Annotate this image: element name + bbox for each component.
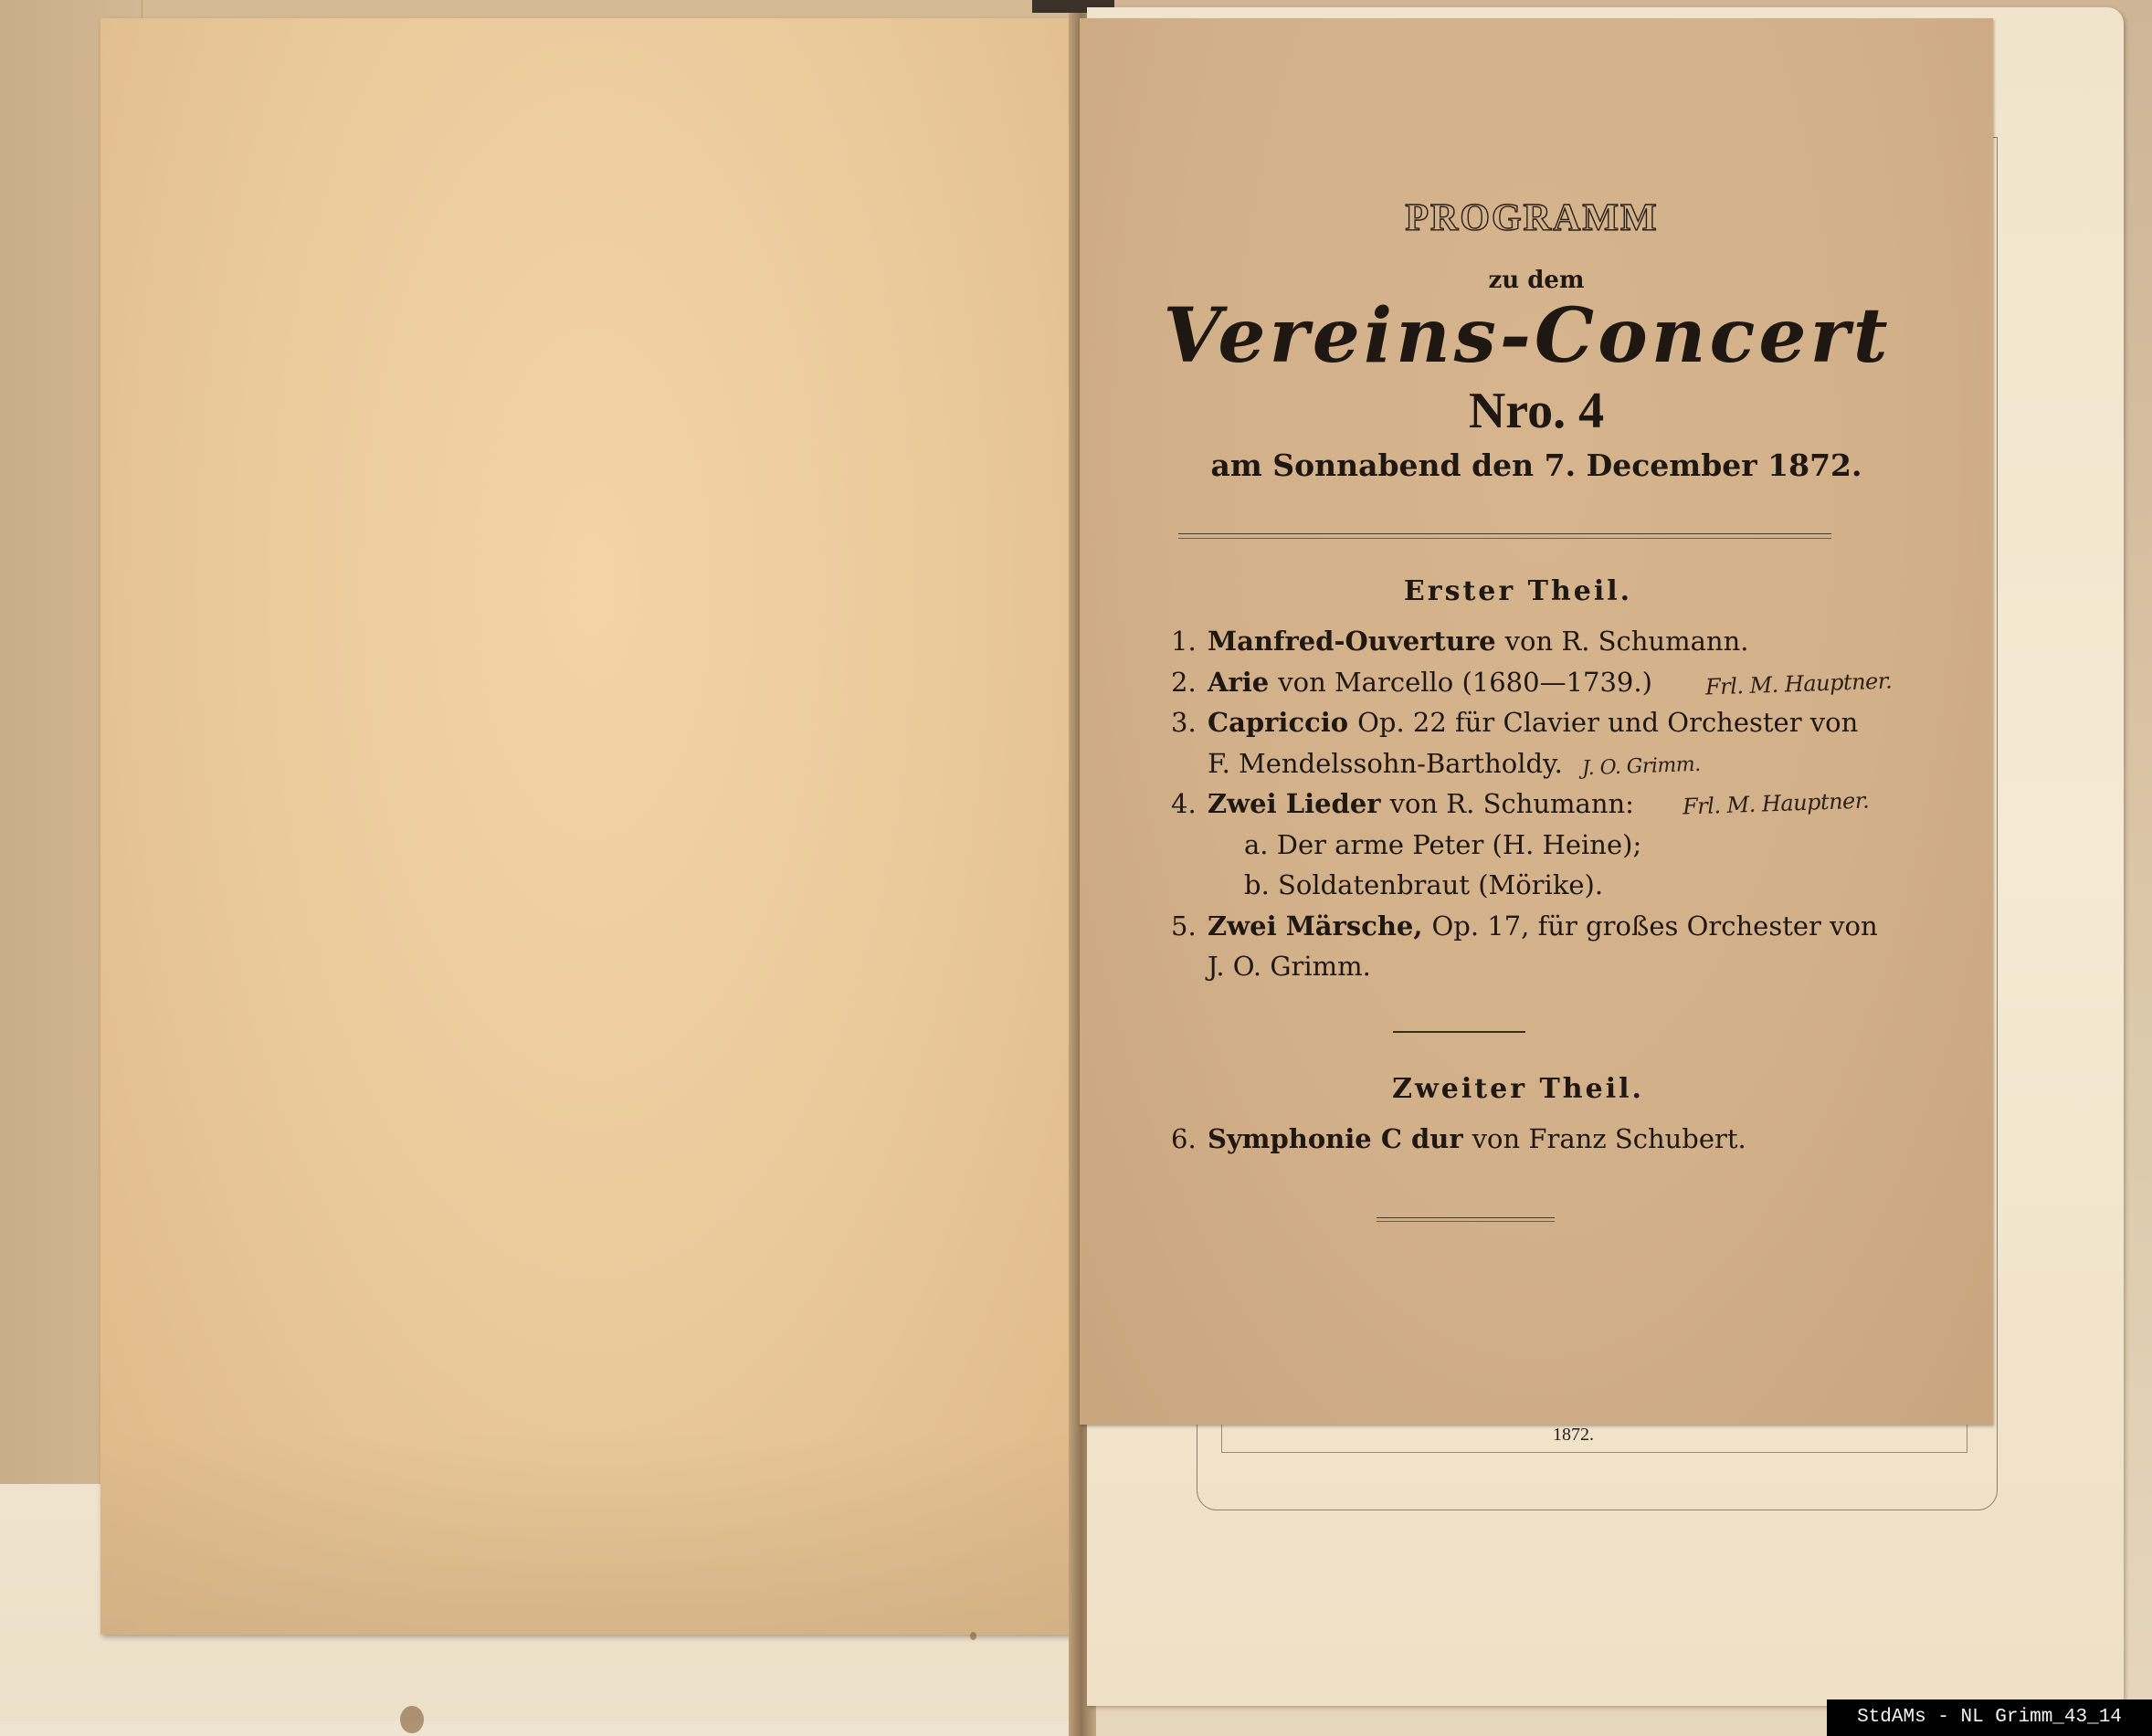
ornamental-divider — [1178, 533, 1831, 539]
item-composer: J. O. Grimm. — [1208, 946, 1371, 987]
program-item: 5. Zwei Märsche, Op. 17, für großes Orch… — [1171, 906, 1975, 947]
program-subitem: b. Soldatenbraut (Mörike). — [1171, 865, 1975, 906]
subitem-text: b. Soldatenbraut (Mörike). — [1244, 865, 1603, 906]
program-item: 2. Arie von Marcello (1680—1739.) Frl. M… — [1171, 662, 1975, 703]
underlying-page-year: 1872. — [1553, 1425, 1594, 1446]
item-title: Zwei Märsche, — [1208, 906, 1422, 947]
item-number: 1. — [1171, 621, 1208, 662]
item-text: von Franz Schubert. — [1472, 1119, 1746, 1159]
program-number: Nro. 4 — [1335, 382, 1737, 440]
item-title: Manfred-Ouverture — [1208, 621, 1496, 662]
part2-heading: Zweiter Theil. — [1262, 1073, 1774, 1105]
item-title: Capriccio — [1208, 702, 1348, 743]
item-title: Zwei Lieder — [1208, 784, 1381, 825]
part1-heading: Erster Theil. — [1262, 575, 1774, 607]
handwritten-performer-note: J. O. Grimm. — [1581, 744, 1701, 789]
handwritten-performer-note: Frl. M. Hauptner. — [1682, 780, 1870, 827]
paper-stain — [400, 1706, 424, 1733]
program-item-continuation: F. Mendelssohn-Bartholdy. J. O. Grimm. — [1171, 743, 1975, 784]
program-event-title: Vereins-Concert — [1116, 292, 1938, 380]
program-item: 1. Manfred-Ouverture von R. Schumann. — [1171, 621, 1975, 662]
program-title: PROGRAMM — [1363, 196, 1701, 240]
item-text: von R. Schumann. — [1505, 621, 1749, 662]
item-number: 4. — [1171, 784, 1208, 825]
program-item-continuation: J. O. Grimm. — [1171, 946, 1975, 987]
program-subitem: a. Der arme Peter (H. Heine); — [1171, 825, 1975, 866]
left-blank-page — [100, 18, 1085, 1635]
item-number: 6. — [1171, 1119, 1208, 1159]
program-item: 4. Zwei Lieder von R. Schumann: Frl. M. … — [1171, 784, 1975, 825]
item-title: Arie — [1208, 662, 1269, 703]
item-number: 2. — [1171, 662, 1208, 703]
item-text: von Marcello (1680—1739.) — [1278, 662, 1652, 703]
handwritten-performer-note: Frl. M. Hauptner. — [1704, 660, 1893, 708]
program-subtitle: zu dem — [1372, 267, 1701, 294]
item-text: Op. 17, für großes Orchester von — [1431, 906, 1877, 947]
closing-divider — [1377, 1217, 1555, 1222]
item-text: Op. 22 für Clavier und Orchester von — [1357, 702, 1858, 743]
item-number: 5. — [1171, 906, 1208, 947]
paper-stain — [970, 1632, 976, 1640]
subitem-text: a. Der arme Peter (H. Heine); — [1244, 825, 1641, 866]
program-item: 3. Capriccio Op. 22 für Clavier und Orch… — [1171, 702, 1975, 743]
part1-item-list: 1. Manfred-Ouverture von R. Schumann. 2.… — [1171, 621, 1975, 987]
program-date: am Sonnabend den 7. December 1872. — [1107, 447, 1966, 483]
concert-program-sheet: PROGRAMM zu dem Vereins-Concert Nro. 4 a… — [1080, 18, 1993, 1425]
archive-caption: StdAMs - NL Grimm_43_14 — [1827, 1699, 2152, 1736]
program-item: 6. Symphonie C dur von Franz Schubert. — [1171, 1119, 1975, 1159]
part2-item-list: 6. Symphonie C dur von Franz Schubert. — [1171, 1119, 1975, 1159]
scanned-album-spread: 1872. PROGRAMM zu dem Vereins-Concert Nr… — [0, 0, 2152, 1736]
item-composer: F. Mendelssohn-Bartholdy. — [1208, 743, 1563, 784]
item-title: Symphonie C dur — [1208, 1119, 1463, 1159]
item-number: 3. — [1171, 702, 1208, 743]
item-text: von R. Schumann: — [1390, 784, 1634, 825]
section-divider — [1393, 1031, 1525, 1033]
